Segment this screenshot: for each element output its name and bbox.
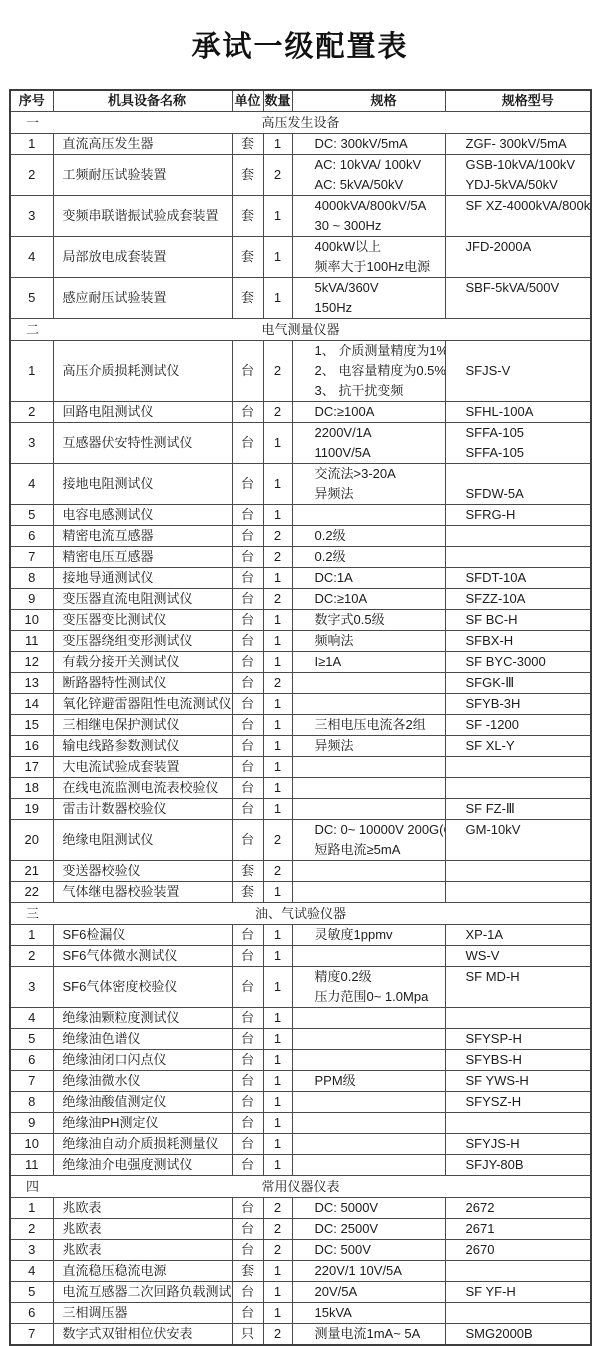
row-number: 1 (11, 134, 53, 154)
cell-qty: 1 (263, 1282, 292, 1303)
cell-model (445, 882, 591, 903)
cell-name: 绝缘油闭口闪点仪 (53, 1050, 232, 1071)
spec-line: 灵敏度1ppmv (293, 925, 445, 945)
equipment-name: 精密电压互感器 (54, 547, 232, 567)
cell-spec (292, 1134, 445, 1155)
table-body: 一高压发生设备1直流高压发生器套1DC: 300kV/5mAZGF- 300kV… (10, 112, 591, 1346)
cell-unit: 套 (232, 861, 263, 882)
spec-line: 3、 抗干扰变频 (293, 381, 445, 401)
cell-model: SF BYC-3000 (445, 652, 591, 673)
equipment-name: 绝缘油酸值测定仪 (54, 1092, 232, 1112)
cell-unit: 台 (232, 1219, 263, 1240)
equipment-name: SF6检漏仪 (54, 925, 232, 945)
spec-line: 15kVA (293, 1303, 445, 1323)
cell-no: 2 (10, 1219, 53, 1240)
cell-name: 变送器校验仪 (53, 861, 232, 882)
equipment-name: 精密电流互感器 (54, 526, 232, 546)
unit-value: 台 (233, 1008, 263, 1028)
cell-name: 绝缘油微水仪 (53, 1071, 232, 1092)
cell-model (445, 1008, 591, 1029)
cell-model: GM-10kV (445, 820, 591, 861)
cell-spec: 2200V/1A1100V/5A (292, 423, 445, 464)
cell-qty: 1 (263, 464, 292, 505)
quantity-value: 1 (264, 631, 292, 651)
cell-qty: 1 (263, 1134, 292, 1155)
model-line: SF YWS-H (446, 1071, 591, 1091)
model-line (446, 216, 591, 236)
cell-no: 2 (10, 402, 53, 423)
row-number: 5 (11, 1282, 53, 1302)
quantity-value: 1 (264, 946, 292, 966)
cell-unit: 台 (232, 1050, 263, 1071)
cell-qty: 1 (263, 882, 292, 903)
quantity-value: 2 (264, 1240, 292, 1260)
model-line (446, 464, 591, 484)
quantity-value: 2 (264, 830, 292, 850)
row-number: 2 (11, 402, 53, 422)
cell-name: 绝缘油颗粒度测试仪 (53, 1008, 232, 1029)
cell-unit: 台 (232, 341, 263, 402)
cell-model: SFYSZ-H (445, 1092, 591, 1113)
table-row: 3SF6气体密度校验仪台1精度0.2级压力范围0~ 1.0MpaSF MD-H (10, 967, 591, 1008)
cell-name: 高压介质损耗测试仪 (53, 341, 232, 402)
model-line: SFFA-105 (446, 423, 591, 443)
unit-value: 台 (233, 402, 263, 422)
cell-model: 2672 (445, 1198, 591, 1219)
section-cell: 三油、气试验仪器 (10, 903, 591, 925)
cell-qty: 1 (263, 1008, 292, 1029)
cell-qty: 2 (263, 402, 292, 423)
cell-model: SFGK-Ⅲ (445, 673, 591, 694)
row-number: 5 (11, 288, 53, 308)
model-line (446, 526, 591, 546)
cell-name: 氧化锌避雷器阻性电流测试仪 (53, 694, 232, 715)
row-number: 14 (11, 694, 53, 714)
cell-model: 2671 (445, 1219, 591, 1240)
cell-no: 8 (10, 568, 53, 589)
unit-value: 台 (233, 652, 263, 672)
cell-qty: 1 (263, 1029, 292, 1050)
table-row: 7数字式双钳相位伏安表只2测量电流1mA~ 5ASMG2000B (10, 1324, 591, 1346)
table-row: 5电容电感测试仪台1 SFRG-H (10, 505, 591, 526)
cell-qty: 1 (263, 505, 292, 526)
cell-no: 9 (10, 1113, 53, 1134)
cell-qty: 1 (263, 736, 292, 757)
unit-value: 套 (233, 165, 263, 185)
spec-line: 220V/1 10V/5A (293, 1261, 445, 1281)
cell-spec (292, 757, 445, 778)
cell-no: 2 (10, 155, 53, 196)
equipment-name: 工频耐压试验装置 (54, 165, 232, 185)
quantity-value: 1 (264, 1029, 292, 1049)
model-line: SFJY-80B (446, 1155, 591, 1175)
cell-qty: 2 (263, 861, 292, 882)
equipment-name: 电流互感器二次回路负载测试仪 (54, 1282, 232, 1302)
cell-model: WS-V (445, 946, 591, 967)
row-number: 21 (11, 861, 53, 881)
model-line: SF FZ-Ⅲ (446, 799, 591, 819)
equipment-name: SF6气体微水测试仪 (54, 946, 232, 966)
model-line (446, 1303, 591, 1323)
cell-name: 绝缘油自动介质损耗测量仪 (53, 1134, 232, 1155)
quantity-value: 1 (264, 778, 292, 798)
quantity-value: 1 (264, 882, 292, 902)
model-line (446, 757, 591, 777)
cell-spec: DC: 5000V (292, 1198, 445, 1219)
table-row: 5电流互感器二次回路负载测试仪台120V/5ASF YF-H (10, 1282, 591, 1303)
cell-name: 直流稳压稳流电源 (53, 1261, 232, 1282)
equipment-name: 雷击计数器校验仪 (54, 799, 232, 819)
spec-line: DC:≥10A (293, 589, 445, 609)
col-header-model: 规格型号 (445, 90, 591, 112)
row-number: 9 (11, 589, 53, 609)
unit-value: 台 (233, 589, 263, 609)
cell-qty: 1 (263, 967, 292, 1008)
cell-no: 3 (10, 423, 53, 464)
cell-name: 兆欧表 (53, 1198, 232, 1219)
table-row: 21变送器校验仪套2 (10, 861, 591, 882)
spec-line: DC: 5000V (293, 1198, 445, 1218)
cell-spec: 频响法 (292, 631, 445, 652)
cell-qty: 2 (263, 1198, 292, 1219)
cell-unit: 套 (232, 155, 263, 196)
cell-no: 2 (10, 946, 53, 967)
cell-qty: 1 (263, 694, 292, 715)
spec-line: AC: 10kVA/ 100kV (293, 155, 445, 175)
spec-line: 交流法>3-20A (293, 464, 445, 484)
cell-spec: 测量电流1mA~ 5A (292, 1324, 445, 1346)
table-row: 7绝缘油微水仪台1PPM级SF YWS-H (10, 1071, 591, 1092)
unit-value: 台 (233, 830, 263, 850)
row-number: 4 (11, 474, 53, 494)
cell-qty: 2 (263, 1219, 292, 1240)
cell-spec: DC:≥100A (292, 402, 445, 423)
cell-no: 5 (10, 1029, 53, 1050)
unit-value: 台 (233, 1155, 263, 1175)
table-row: 1高压介质损耗测试仪台21、 介质测量精度为1%2、 电容量精度为0.5%3、 … (10, 341, 591, 402)
cell-unit: 只 (232, 1324, 263, 1346)
cell-unit: 套 (232, 278, 263, 319)
cell-no: 6 (10, 1050, 53, 1071)
equipment-name: 变压器绕组变形测试仪 (54, 631, 232, 651)
cell-no: 14 (10, 694, 53, 715)
table-row: 6绝缘油闭口闪点仪台1 SFYBS-H (10, 1050, 591, 1071)
cell-model: ZGF- 300kV/5mA (445, 134, 591, 155)
table-row: 8绝缘油酸值测定仪台1 SFYSZ-H (10, 1092, 591, 1113)
cell-model: 2670 (445, 1240, 591, 1261)
cell-no: 1 (10, 341, 53, 402)
cell-unit: 套 (232, 882, 263, 903)
cell-unit: 台 (232, 757, 263, 778)
spec-line: 1100V/5A (293, 443, 445, 463)
cell-qty: 2 (263, 589, 292, 610)
model-line (446, 381, 591, 401)
section-name: 高压发生设备 (261, 112, 339, 133)
equipment-name: 直流稳压稳流电源 (54, 1261, 232, 1281)
row-number: 22 (11, 882, 53, 902)
section-numeral: 三 (11, 903, 54, 924)
cell-name: 数字式双钳相位伏安表 (53, 1324, 232, 1346)
cell-qty: 1 (263, 652, 292, 673)
spec-line (293, 1029, 445, 1049)
table-row: 2兆欧表台2DC: 2500V2671 (10, 1219, 591, 1240)
table-row: 10绝缘油自动介质损耗测量仪台1 SFYJS-H (10, 1134, 591, 1155)
quantity-value: 2 (264, 1324, 292, 1344)
row-number: 3 (11, 977, 53, 997)
quantity-value: 1 (264, 247, 292, 267)
model-line: SFYSP-H (446, 1029, 591, 1049)
row-number: 2 (11, 165, 53, 185)
cell-name: 绝缘油酸值测定仪 (53, 1092, 232, 1113)
spec-line (293, 1155, 445, 1175)
quantity-value: 1 (264, 1071, 292, 1091)
spec-line: 压力范围0~ 1.0Mpa (293, 987, 445, 1007)
equipment-name: 气体继电器校验装置 (54, 882, 232, 902)
cell-no: 18 (10, 778, 53, 799)
spec-line (293, 1050, 445, 1070)
quantity-value: 1 (264, 433, 292, 453)
row-number: 11 (11, 1155, 53, 1175)
cell-unit: 台 (232, 778, 263, 799)
cell-spec: DC: 2500V (292, 1219, 445, 1240)
cell-qty: 1 (263, 1155, 292, 1176)
equipment-name: 绝缘油微水仪 (54, 1071, 232, 1091)
cell-spec: 灵敏度1ppmv (292, 925, 445, 946)
cell-unit: 台 (232, 694, 263, 715)
model-line: SFDW-5A (446, 484, 591, 504)
table-row: 12有载分接开关测试仪台1I≥1ASF BYC-3000 (10, 652, 591, 673)
unit-value: 台 (233, 361, 263, 381)
cell-unit: 台 (232, 1092, 263, 1113)
cell-qty: 1 (263, 196, 292, 237)
cell-no: 3 (10, 967, 53, 1008)
cell-no: 8 (10, 1092, 53, 1113)
cell-spec: I≥1A (292, 652, 445, 673)
cell-qty: 1 (263, 1092, 292, 1113)
quantity-value: 2 (264, 589, 292, 609)
unit-value: 套 (233, 882, 263, 902)
cell-qty: 2 (263, 547, 292, 568)
cell-qty: 2 (263, 820, 292, 861)
table-row: 4局部放电成套装置套1400kW以上频率大于100Hz电源JFD-2000A (10, 237, 591, 278)
cell-model: SFRG-H (445, 505, 591, 526)
equipment-name: 绝缘油颗粒度测试仪 (54, 1008, 232, 1028)
table-row: 1SF6检漏仪台1灵敏度1ppmvXP-1A (10, 925, 591, 946)
model-line (446, 987, 591, 1007)
spec-line: 4000kVA/800kV/5A (293, 196, 445, 216)
cell-no: 4 (10, 1008, 53, 1029)
row-number: 4 (11, 1008, 53, 1028)
table-row: 17大电流试验成套装置台1 (10, 757, 591, 778)
model-line: SFFA-105 (446, 443, 591, 463)
row-number: 8 (11, 1092, 53, 1112)
cell-unit: 台 (232, 526, 263, 547)
equipment-name: 兆欧表 (54, 1198, 232, 1218)
cell-name: 三相继电保护测试仪 (53, 715, 232, 736)
spec-line: 频率大于100Hz电源 (293, 257, 445, 277)
cell-name: 精密电压互感器 (53, 547, 232, 568)
row-number: 15 (11, 715, 53, 735)
cell-model: SF YWS-H (445, 1071, 591, 1092)
cell-model: SFJY-80B (445, 1155, 591, 1176)
table-row: 11变压器绕组变形测试仪台1频响法SFBX-H (10, 631, 591, 652)
cell-name: SF6气体密度校验仪 (53, 967, 232, 1008)
model-line (446, 298, 591, 318)
spec-line (293, 673, 445, 693)
row-number: 10 (11, 610, 53, 630)
cell-spec (292, 1008, 445, 1029)
table-row: 10变压器变比测试仪台1数字式0.5级SF BC-H (10, 610, 591, 631)
cell-no: 4 (10, 464, 53, 505)
quantity-value: 1 (264, 288, 292, 308)
table-row: 13断路器特性测试仪台2 SFGK-Ⅲ (10, 673, 591, 694)
table-row: 19雷击计数器校验仪台1 SF FZ-Ⅲ (10, 799, 591, 820)
row-number: 16 (11, 736, 53, 756)
cell-no: 10 (10, 610, 53, 631)
cell-qty: 2 (263, 155, 292, 196)
row-number: 4 (11, 247, 53, 267)
cell-unit: 台 (232, 652, 263, 673)
cell-name: 输电线路参数测试仪 (53, 736, 232, 757)
equipment-name: 绝缘电阻测试仪 (54, 830, 232, 850)
row-number: 6 (11, 1050, 53, 1070)
unit-value: 台 (233, 1134, 263, 1154)
spec-line (293, 778, 445, 798)
cell-model: SF MD-H (445, 967, 591, 1008)
section-name: 油、气试验仪器 (255, 903, 346, 924)
quantity-value: 2 (264, 547, 292, 567)
cell-unit: 套 (232, 134, 263, 155)
quantity-value: 2 (264, 165, 292, 185)
cell-name: 兆欧表 (53, 1219, 232, 1240)
table-row: 1直流高压发生器套1DC: 300kV/5mAZGF- 300kV/5mA (10, 134, 591, 155)
cell-name: 工频耐压试验装置 (53, 155, 232, 196)
model-line: YDJ-5kVA/50kV (446, 175, 591, 195)
cell-name: 绝缘电阻测试仪 (53, 820, 232, 861)
unit-value: 台 (233, 1219, 263, 1239)
table-row: 5感应耐压试验装置套15kVA/360V150HzSBF-5kVA/500V (10, 278, 591, 319)
model-line: 2670 (446, 1240, 591, 1260)
row-number: 1 (11, 925, 53, 945)
row-number: 4 (11, 1261, 53, 1281)
cell-model: SBF-5kVA/500V (445, 278, 591, 319)
table-row: 2SF6气体微水测试仪台1 WS-V (10, 946, 591, 967)
quantity-value: 1 (264, 925, 292, 945)
model-line (446, 341, 591, 361)
cell-unit: 台 (232, 1240, 263, 1261)
row-number: 20 (11, 830, 53, 850)
table-row: 3互感器伏安特性测试仪台12200V/1A1100V/5ASFFA-105SFF… (10, 423, 591, 464)
unit-value: 台 (233, 673, 263, 693)
equipment-name: 氧化锌避雷器阻性电流测试仪 (54, 694, 232, 714)
spec-line (293, 757, 445, 777)
cell-spec (292, 1050, 445, 1071)
cell-model: SFYSP-H (445, 1029, 591, 1050)
cell-spec: 1、 介质测量精度为1%2、 电容量精度为0.5%3、 抗干扰变频 (292, 341, 445, 402)
cell-unit: 台 (232, 1008, 263, 1029)
model-line (446, 882, 591, 902)
unit-value: 台 (233, 1029, 263, 1049)
cell-unit: 套 (232, 237, 263, 278)
cell-spec: 220V/1 10V/5A (292, 1261, 445, 1282)
cell-no: 17 (10, 757, 53, 778)
cell-spec: 4000kVA/800kV/5A30 ~ 300Hz (292, 196, 445, 237)
spec-line: 短路电流≥5mA (293, 840, 445, 860)
section-numeral: 一 (11, 112, 54, 133)
row-number: 5 (11, 1029, 53, 1049)
spec-line: DC: 0~ 10000V 200G(Q) (293, 820, 445, 840)
equipment-name: 电容电感测试仪 (54, 505, 232, 525)
cell-name: 三相调压器 (53, 1303, 232, 1324)
quantity-value: 1 (264, 1134, 292, 1154)
model-line: SF XZ-4000kVA/800kV (446, 196, 591, 216)
cell-no: 3 (10, 196, 53, 237)
table-row: 7精密电压互感器台20.2级 (10, 547, 591, 568)
cell-model: SFBX-H (445, 631, 591, 652)
cell-no: 4 (10, 237, 53, 278)
row-number: 2 (11, 1219, 53, 1239)
cell-no: 7 (10, 1324, 53, 1346)
cell-no: 6 (10, 526, 53, 547)
unit-value: 台 (233, 1282, 263, 1302)
cell-unit: 台 (232, 402, 263, 423)
row-number: 2 (11, 946, 53, 966)
model-line (446, 1008, 591, 1028)
spec-line: 2、 电容量精度为0.5% (293, 361, 445, 381)
spec-line: 测量电流1mA~ 5A (293, 1324, 445, 1344)
cell-no: 13 (10, 673, 53, 694)
quantity-value: 1 (264, 206, 292, 226)
cell-name: 绝缘油色谱仪 (53, 1029, 232, 1050)
model-line: WS-V (446, 946, 591, 966)
cell-name: 在线电流监测电流表校验仪 (53, 778, 232, 799)
cell-no: 7 (10, 547, 53, 568)
cell-name: SF6气体微水测试仪 (53, 946, 232, 967)
quantity-value: 1 (264, 1113, 292, 1133)
cell-unit: 台 (232, 715, 263, 736)
cell-qty: 1 (263, 778, 292, 799)
equipment-name: 绝缘油介电强度测试仪 (54, 1155, 232, 1175)
spec-line (293, 1092, 445, 1112)
cell-unit: 台 (232, 925, 263, 946)
cell-name: SF6检漏仪 (53, 925, 232, 946)
equipment-name: 兆欧表 (54, 1240, 232, 1260)
cell-name: 局部放电成套装置 (53, 237, 232, 278)
spec-line (293, 1134, 445, 1154)
equipment-name: 接地电阻测试仪 (54, 474, 232, 494)
cell-spec (292, 861, 445, 882)
cell-no: 1 (10, 1198, 53, 1219)
unit-value: 台 (233, 1113, 263, 1133)
cell-name: 兆欧表 (53, 1240, 232, 1261)
model-line: SFYJS-H (446, 1134, 591, 1154)
cell-qty: 2 (263, 341, 292, 402)
unit-value: 台 (233, 946, 263, 966)
spec-line (293, 882, 445, 902)
cell-name: 直流高压发生器 (53, 134, 232, 155)
cell-model: SF XL-Y (445, 736, 591, 757)
row-number: 17 (11, 757, 53, 777)
table-row: 15三相继电保护测试仪台1三相电压电流各2组SF -1200 (10, 715, 591, 736)
unit-value: 台 (233, 1198, 263, 1218)
quantity-value: 1 (264, 1092, 292, 1112)
equipment-name: 大电流试验成套装置 (54, 757, 232, 777)
cell-model: JFD-2000A (445, 237, 591, 278)
spec-line: PPM级 (293, 1071, 445, 1091)
cell-unit: 台 (232, 1155, 263, 1176)
model-line: GSB-10kVA/100kV (446, 155, 591, 175)
table-row: 5绝缘油色谱仪台1 SFYSP-H (10, 1029, 591, 1050)
